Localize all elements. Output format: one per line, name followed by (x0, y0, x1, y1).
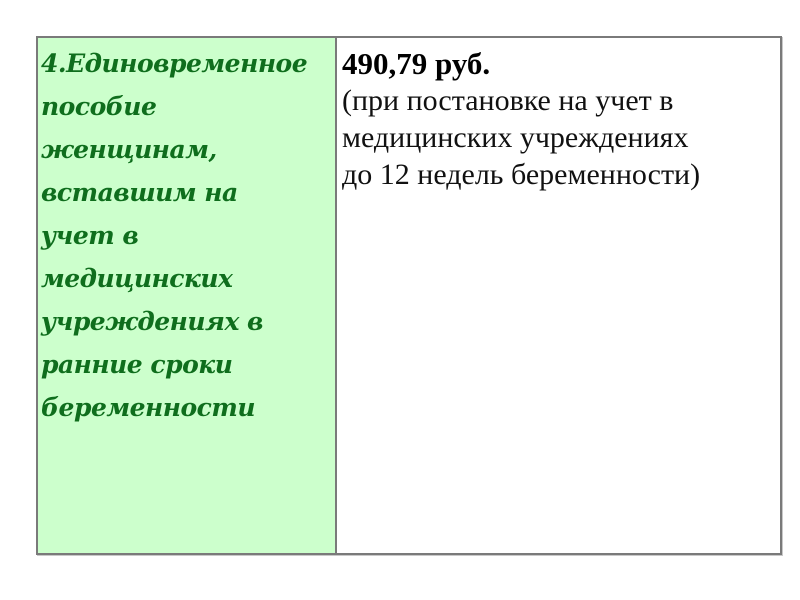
benefit-amount-cell: 490,79 руб. (при постановке на учет в ме… (337, 38, 780, 553)
benefit-name: 4.Единовременное пособие женщинам, встав… (41, 42, 335, 429)
benefit-amount: 490,79 руб. (342, 46, 780, 82)
benefit-table: 4.Единовременное пособие женщинам, встав… (36, 36, 782, 555)
benefit-name-cell: 4.Единовременное пособие женщинам, встав… (38, 38, 337, 553)
benefit-condition-note: (при постановке на учет в медицинских уч… (342, 82, 780, 193)
